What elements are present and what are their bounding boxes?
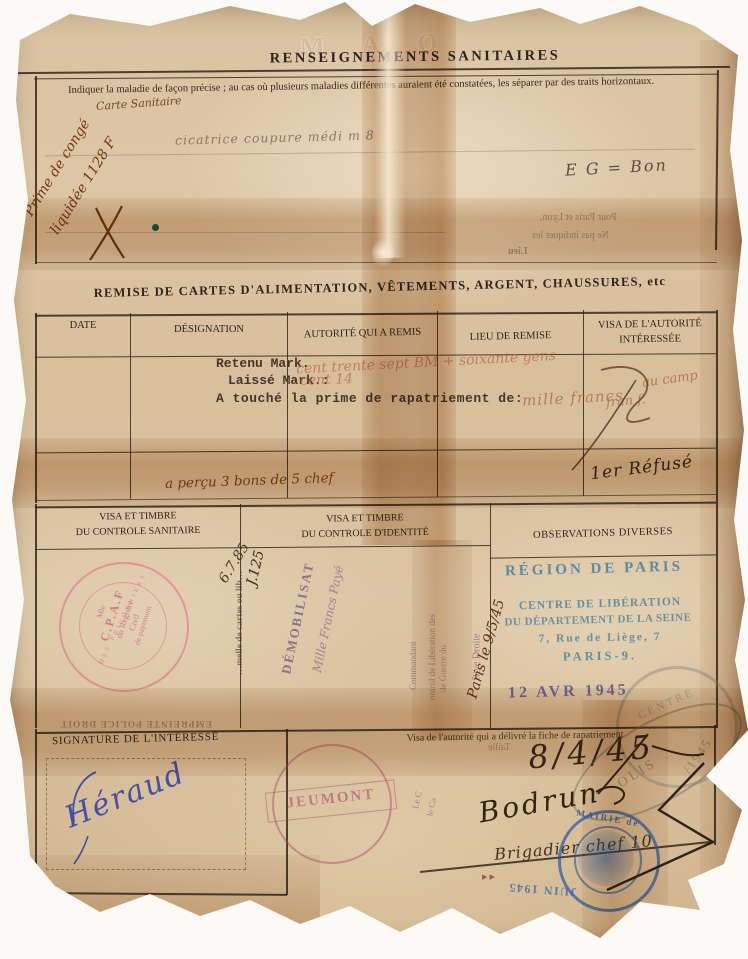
- vertical-liberation: ontrol de Libération des: [427, 540, 437, 700]
- visa-timbre-label: VISA ET TIMBRE: [99, 510, 177, 522]
- section-top-border: [35, 502, 716, 508]
- vertical-guerre: de Guerre du: [438, 542, 448, 692]
- glue-streak: [374, 0, 406, 258]
- signature-left-title: SIGNATURE DE L'INTÉRESSÉ: [52, 731, 219, 747]
- handwritten-corner-note-line1: Prime de congé: [21, 117, 93, 219]
- page-title: RENSEIGNEMENTS SANITAIRES: [235, 47, 595, 68]
- bottom-border-left: [35, 892, 287, 895]
- table-col-line: [130, 313, 131, 499]
- region-line2: CENTRE DE LIBÉRATION: [500, 595, 700, 612]
- header-underline: [35, 545, 490, 550]
- handwritten-au-camp: au camp: [641, 368, 698, 391]
- controle-identite-label: DU CONTROLE D'IDENTITÉ: [301, 527, 429, 540]
- col-header-designation: DÉSIGNATION: [131, 324, 287, 335]
- handwritten-scar-note: cicatrice coupure médi m 8: [175, 127, 375, 147]
- tape-right-edge: [700, 40, 748, 959]
- col-header-lieu: LIEU DE REMISE: [438, 329, 583, 343]
- date-stamp-12avr: 12 AVR 1945: [508, 681, 629, 702]
- red-arrow-marks: ▸▸: [482, 870, 497, 883]
- handwritten-refuse: 1er Réfusé: [589, 452, 694, 484]
- ink-dot: [152, 224, 159, 231]
- purple-le-ca: le Ca: [425, 797, 439, 817]
- handwritten-eg-bon: E G = Bon: [565, 155, 669, 179]
- visa-sanitaire-header: VISA ET TIMBRE DU CONTROLE SANITAIRE: [40, 507, 236, 540]
- glue-drip: [372, 238, 394, 268]
- bleedthrough-taille: Taille: [488, 742, 511, 753]
- box-left-border: [35, 76, 37, 264]
- handwritten-amount-2: cent 14: [300, 371, 354, 389]
- table-top-border: [35, 311, 716, 316]
- typed-prime: A touché la prime de rapatriement de:: [216, 391, 523, 406]
- region-line4: 7, Rue de Liège, 7: [500, 630, 700, 645]
- bleedthrough-lieu: Lieu: [508, 246, 527, 257]
- table-right-border: [716, 310, 718, 498]
- region-line5: PARIS-9.: [500, 647, 700, 665]
- vertical-commandant: Commandant: [408, 540, 418, 690]
- visa-timbre-label: VISA ET TIMBRE: [326, 512, 404, 524]
- bleedthrough-empreinte: EMPREINTE POLICE DROIT: [60, 718, 212, 728]
- scanned-document: M A O RENSEIGNEMENTS SANITAIRES Indiquer…: [0, 0, 748, 959]
- col-header-autorite: AUTORITÉ QUI A REMIS: [288, 326, 437, 340]
- faint-rule: [45, 149, 695, 157]
- vertical-bleed-cartes: …melle de cartes ou lib…: [235, 523, 245, 723]
- visa-identite-header: VISA ET TIMBRE DU CONTROLE D'IDENTITÉ: [245, 509, 485, 543]
- remise-title: REMISE DE CARTES D'ALIMENTATION, VÊTEMEN…: [60, 273, 700, 301]
- mairie-center-smudge: [578, 830, 634, 886]
- region-line3: DU DÉPARTEMENT DE LA SEINE: [468, 611, 728, 630]
- bleedthrough-ne-pas: Ne pas indiquer les: [532, 230, 609, 241]
- table-row-line: [35, 448, 716, 454]
- paper-sheet: M A O RENSEIGNEMENTS SANITAIRES Indiquer…: [0, 0, 748, 959]
- box-right-border: [715, 70, 718, 250]
- handwritten-percu: a perçu 3 bons de 5 chef: [165, 470, 334, 492]
- region-line1: RÉGION DE PARIS: [494, 558, 694, 580]
- handwritten-carte-sanitaire: Carte Sanitaire: [96, 94, 182, 113]
- purple-le-c: Le C: [410, 790, 423, 809]
- section-left-border: [35, 504, 37, 728]
- bleedthrough-pour-paris: Pour Paris et Lyon,: [540, 212, 617, 223]
- controle-sanitaire-label: DU CONTROLE SANITAIRE: [76, 525, 201, 538]
- observations-header: OBSERVATIONS DIVERSES: [495, 525, 711, 542]
- table-left-border: [35, 313, 37, 503]
- section-left-border: [35, 729, 37, 894]
- table-bottom-border: [35, 494, 716, 501]
- col-header-date: DATE: [36, 320, 130, 331]
